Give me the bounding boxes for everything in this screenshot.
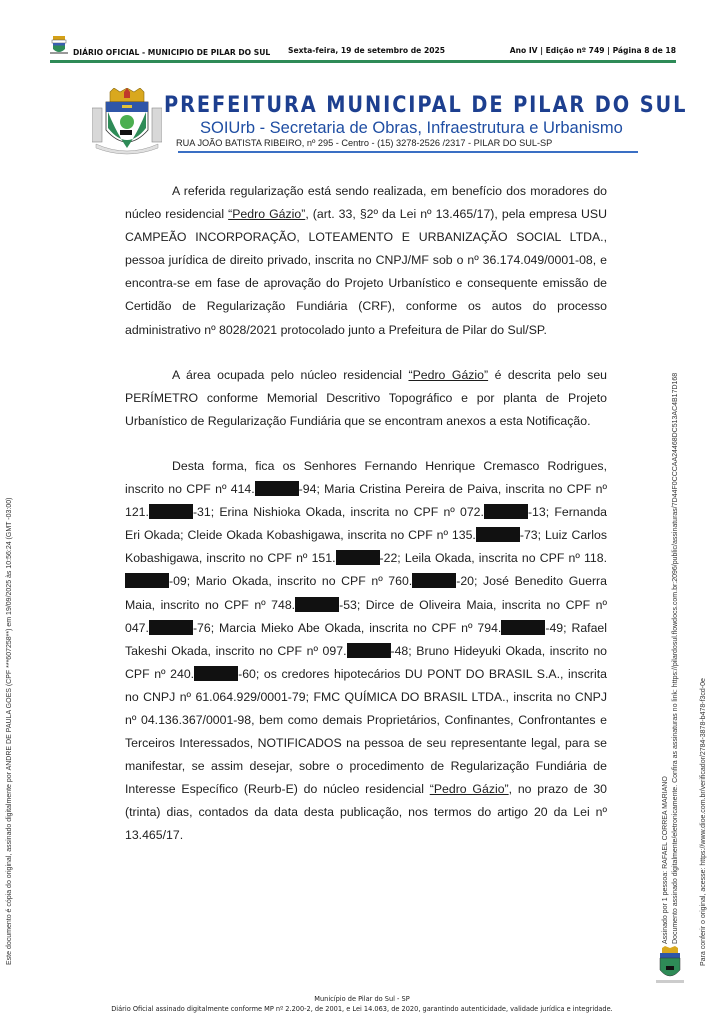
- redaction-block: [484, 504, 528, 519]
- redaction-block: [125, 573, 169, 588]
- redaction-block: [336, 550, 380, 565]
- footer-legal-notice: Diário Oficial assinado digitalmente con…: [0, 1004, 724, 1014]
- letterhead-divider: [178, 151, 638, 153]
- redaction-block: [347, 643, 391, 658]
- city-hall-title: PREFEITURA MUNICIPAL DE PILAR DO SUL: [164, 92, 687, 118]
- publication-title: DIÁRIO OFICIAL - MUNICIPIO DE PILAR DO S…: [73, 48, 270, 57]
- nucleus-name: “Pedro Gázio”: [408, 368, 488, 382]
- redaction-block: [149, 504, 193, 519]
- redaction-block: [255, 481, 299, 496]
- gazette-footer: Município de Pilar do Sul - SP Diário Of…: [0, 994, 724, 1014]
- redaction-block: [295, 597, 339, 612]
- redaction-block: [476, 527, 520, 542]
- edition-info: Ano IV | Edição nº 749 | Página 8 de 18: [510, 46, 676, 55]
- coat-of-arms-icon: [92, 88, 162, 156]
- letterhead: PREFEITURA MUNICIPAL DE PILAR DO SUL SOI…: [92, 88, 640, 158]
- nucleus-name: “Pedro Gázio”: [430, 782, 509, 796]
- nucleus-name: “Pedro Gázio”: [228, 207, 305, 221]
- department-name: SOIUrb - Secretaria de Obras, Infraestru…: [200, 119, 623, 138]
- redaction-block: [501, 620, 545, 635]
- gazette-header: DIÁRIO OFICIAL - MUNICIPIO DE PILAR DO S…: [48, 36, 676, 60]
- redaction-block: [149, 620, 193, 635]
- municipal-crest-icon: [656, 946, 684, 986]
- redaction-block: [194, 666, 238, 681]
- footer-municipality: Município de Pilar do Sul - SP: [0, 994, 724, 1004]
- publication-date: Sexta-feira, 19 de setembro de 2025: [288, 46, 445, 55]
- signature-verification-link[interactable]: Documento assinado digitalmente/eletroni…: [672, 373, 679, 944]
- municipal-crest-icon: [50, 36, 68, 56]
- paragraph-notified: Desta forma, fica os Senhores Fernando H…: [125, 455, 607, 848]
- copy-signature-stamp: Este documento é cópia do original, assi…: [6, 498, 13, 965]
- redaction-block: [412, 573, 456, 588]
- paragraph-regularization: A referida regularização está sendo real…: [125, 180, 607, 342]
- address: RUA JOÃO BATISTA RIBEIRO, nº 295 - Centr…: [176, 138, 552, 148]
- header-divider: [50, 60, 676, 63]
- notification-body: A referida regularização está sendo real…: [125, 180, 607, 870]
- paragraph-area: A área ocupada pelo núcleo residencial “…: [125, 364, 607, 433]
- original-verification-link[interactable]: Para conferir o original, acesse: https:…: [700, 678, 707, 966]
- signer-info: Assinado por 1 pessoa: RAFAEL CORREA MAR…: [662, 776, 669, 944]
